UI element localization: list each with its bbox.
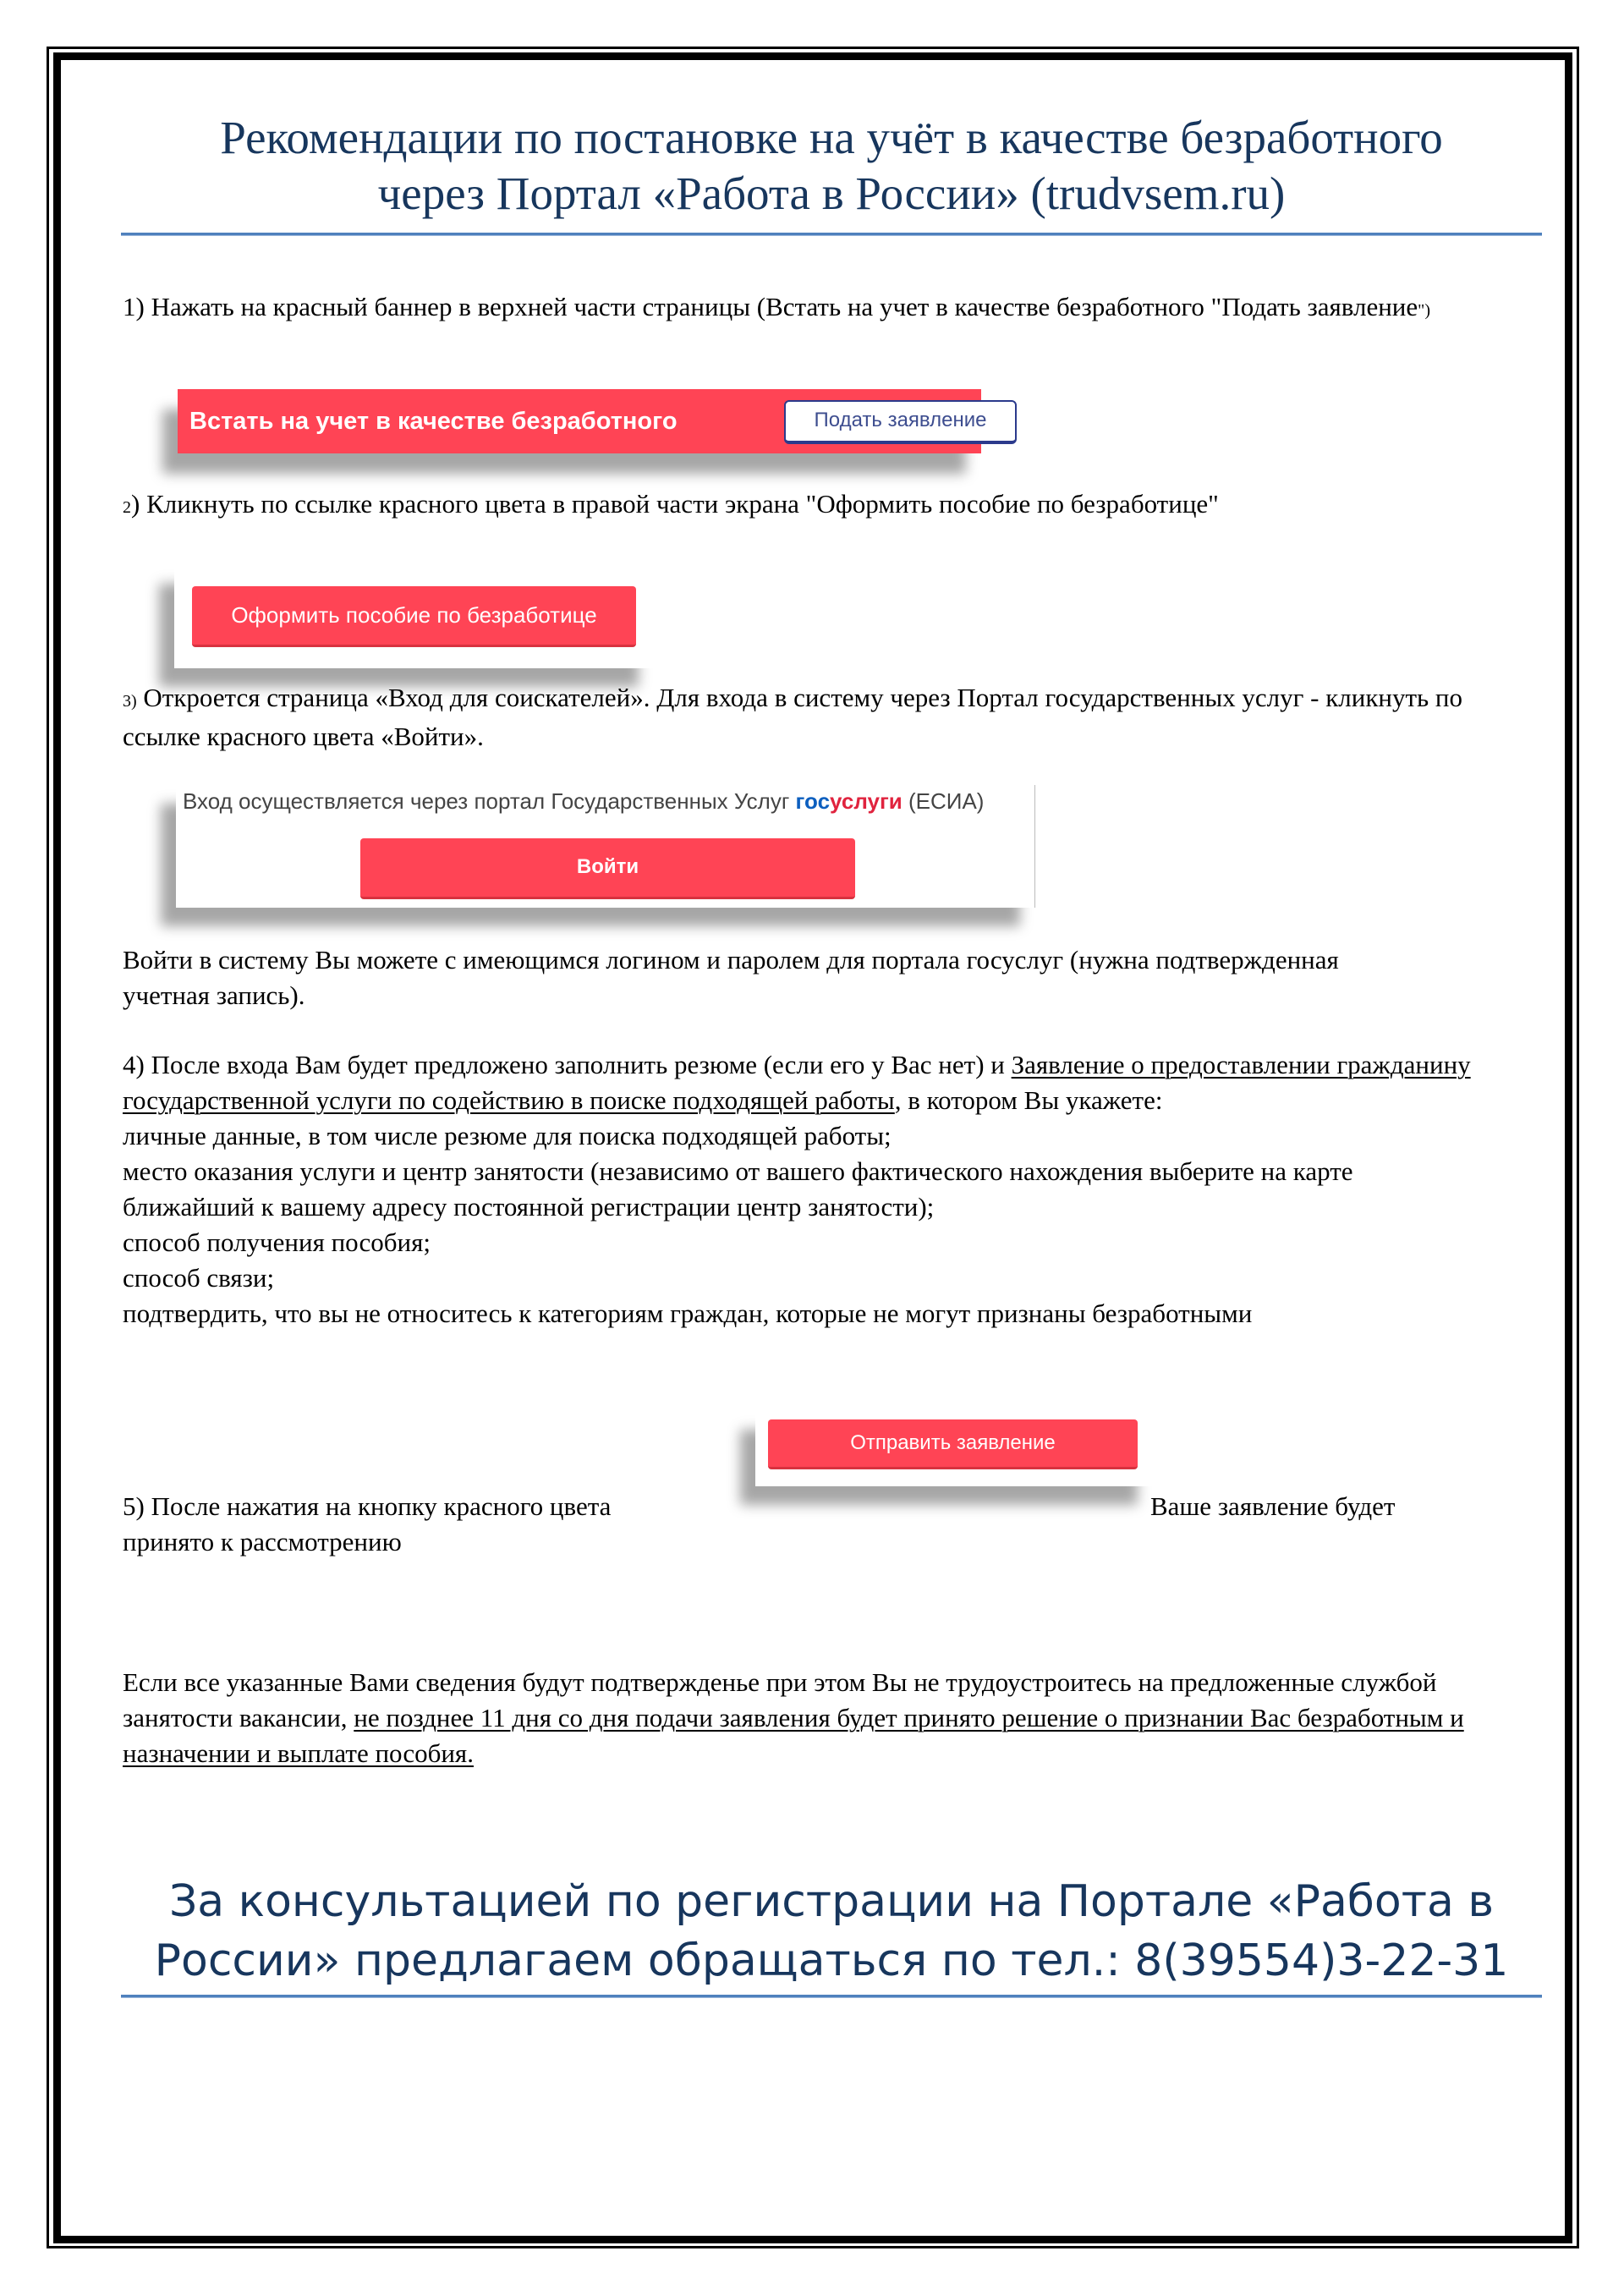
title-divider: [121, 233, 1542, 236]
step-4-item: способ получения пособия;: [123, 1225, 1510, 1260]
step-5-text-after: Ваше заявление будет: [1150, 1489, 1531, 1524]
step-3-text: 3) Откроется страница «Вход для соискате…: [123, 680, 1527, 755]
step-2-screenshot: Оформить пособие по безработице: [174, 565, 654, 668]
banner-label: Встать на учет в качестве безработного: [189, 389, 678, 453]
step-4-item: ближайший к вашему адресу постоянной рег…: [123, 1189, 1510, 1225]
esia-caption: Вход осуществляется через портал Государ…: [183, 788, 984, 815]
step-4-item: подтвердить, что вы не относитесь к кате…: [123, 1296, 1510, 1331]
submit-application-button[interactable]: Подать заявление: [784, 400, 1017, 444]
gosuslugi-logo-part-1: гос: [796, 788, 831, 814]
closing-text: Если все указанные Вами сведения будут п…: [123, 1665, 1493, 1771]
send-application-button[interactable]: Отправить заявление: [768, 1419, 1138, 1469]
step-5-screenshot: Отправить заявление: [755, 1411, 1153, 1486]
login-button[interactable]: Войти: [360, 838, 855, 899]
step-5-text-line2: принято к рассмотрению: [123, 1524, 1527, 1560]
consultation-line-2: России» предлагаем обращаться по тел.: 8…: [121, 1931, 1542, 1990]
step-4-item: личные данные, в том числе резюме для по…: [123, 1118, 1510, 1154]
step-1-text: 1) Нажать на красный баннер в верхней ча…: [123, 289, 1527, 328]
step-4-text: 4) После входа Вам будет предложено запо…: [123, 1047, 1510, 1331]
step-3-screenshot: Вход осуществляется через портал Государ…: [176, 785, 1035, 908]
gosuslugi-logo-part-2: услуги: [830, 788, 903, 814]
apply-benefit-button[interactable]: Оформить пособие по безработице: [192, 586, 636, 647]
consultation-info: За консультацией по регистрации на Порта…: [121, 1872, 1542, 1990]
step-4-item: место оказания услуги и центр занятости …: [123, 1154, 1510, 1189]
step-3-note: Войти в систему Вы можете с имеющимся ло…: [123, 942, 1374, 1013]
footer-divider: [121, 1995, 1542, 1998]
page-title: Рекомендации по постановке на учёт в кач…: [121, 110, 1542, 222]
step-2-text: 2) Кликнуть по ссылке красного цвета в п…: [123, 486, 1527, 525]
title-line-1: Рекомендации по постановке на учёт в кач…: [121, 110, 1542, 166]
title-line-2: через Портал «Работа в России» (trudvsem…: [121, 166, 1542, 222]
consultation-line-1: За консультацией по регистрации на Порта…: [121, 1872, 1542, 1931]
step-1-banner-screenshot: Встать на учет в качестве безработного П…: [178, 389, 981, 453]
step-4-item: способ связи;: [123, 1260, 1510, 1296]
